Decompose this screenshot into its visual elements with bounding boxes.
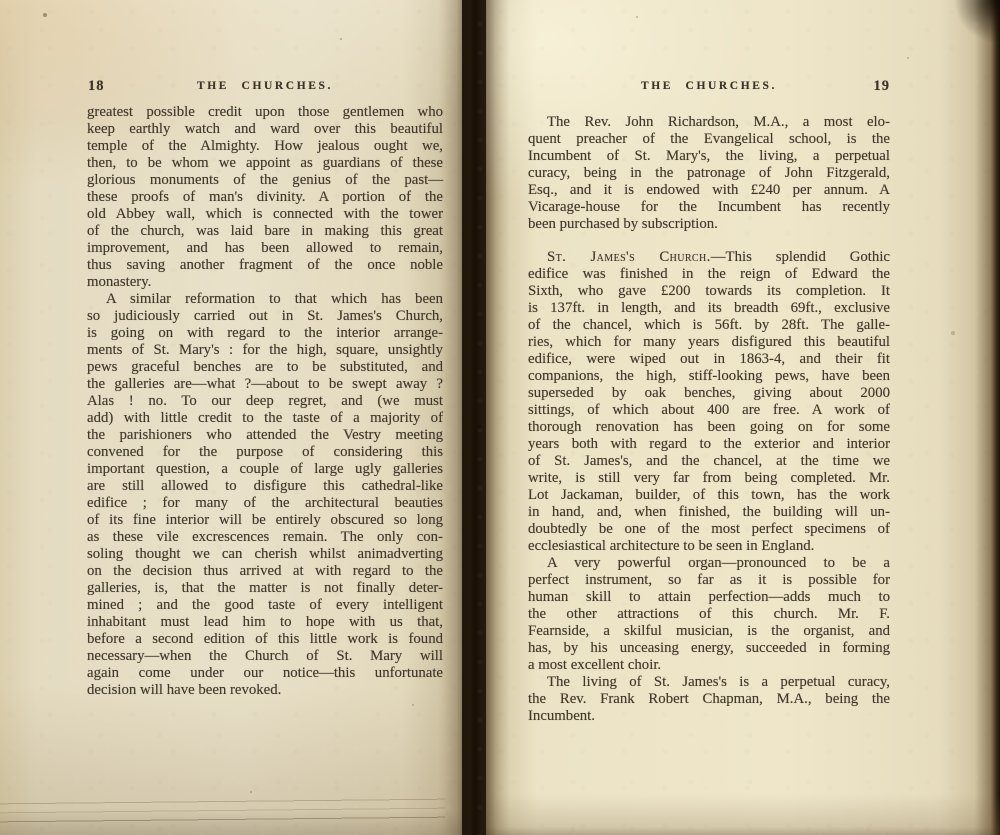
text-line: these proofs of man's divinity. A portio…: [87, 189, 443, 206]
text-line: the parishioners who attended the Vestry…: [87, 427, 443, 444]
text-line: Vicarage-house for the Incumbent has rec…: [528, 199, 890, 216]
text-line: are still allowed to disfigure this cath…: [87, 478, 443, 495]
paragraph: The Rev. John Richardson, M.A., a most e…: [528, 114, 890, 233]
text-line: on the decision thus arrived at with reg…: [87, 563, 443, 580]
text-line: Lot Jackaman, builder, of this town, has…: [528, 487, 890, 504]
text-line: again come under our notice—this unfortu…: [87, 665, 443, 682]
text-line: in hand, and, when finished, the buildin…: [528, 504, 890, 521]
text-line: Fearnside, a skilful musician, is the or…: [528, 623, 890, 640]
text-line: A very powerful organ—pronounced to be a: [528, 555, 890, 572]
running-title-left: THE CHURCHES.: [87, 80, 443, 92]
text-line: thus saving another fragment of the once…: [87, 257, 443, 274]
text-line: temple of the Almighty. How jealous ough…: [87, 138, 443, 155]
text-line: keep earthly watch and ward over this be…: [87, 121, 443, 138]
section-lead-smallcaps: St. James's Church.: [547, 249, 711, 265]
text-line: of St. James's, and the chancel, at the …: [528, 453, 890, 470]
text-line: add) with little credit to the taste of …: [87, 410, 443, 427]
text-line: the other attractions of this church. Mr…: [528, 606, 890, 623]
right-page-text: The Rev. John Richardson, M.A., a most e…: [528, 114, 890, 725]
page-stack-edges: [0, 793, 445, 826]
text-line: as these vile excrescences remain. The o…: [87, 529, 443, 546]
text-line: mined ; and the good taste of every inte…: [87, 597, 443, 614]
text-line: galleries, is, that the matter is not fi…: [87, 580, 443, 597]
paragraph: A similar reformation to that which has …: [87, 291, 443, 699]
text-line: Incumbent.: [528, 708, 890, 725]
text-line: edifice ; for many of the architectural …: [87, 495, 443, 512]
text-line: is 137ft. in length, and its breadth 69f…: [528, 300, 890, 317]
paragraph: A very powerful organ—pronounced to be a…: [528, 555, 890, 674]
text-line: a most excellent choir.: [528, 657, 890, 674]
text-line: perfect instrument, so far as it is poss…: [528, 572, 890, 589]
right-page-header: THE CHURCHES. 19: [486, 78, 1000, 96]
text-line: ries, which for many years disfigured th…: [528, 334, 890, 351]
text-line: glorious monuments of the genius of the …: [87, 172, 443, 189]
text-line: pews graceful benches are to be substitu…: [87, 359, 443, 376]
text-line: Esq., and it is endowed with £240 per an…: [528, 182, 890, 199]
text-line: has, by his unceasing energy, succeeded …: [528, 640, 890, 657]
left-page-text: greatest possible credit upon those gent…: [87, 104, 443, 699]
paragraph: The living of St. James's is a perpetual…: [528, 674, 890, 725]
text-line: old Abbey wall, which is connected with …: [87, 206, 443, 223]
text-line: ecclesiastical architecture to be seen i…: [528, 538, 890, 555]
book-scan: { "book": { "left_page": { "page_number"…: [0, 0, 1000, 835]
text-line: doubtedly be one of the most perfect spe…: [528, 521, 890, 538]
text-line: the Rev. Frank Robert Chapman, M.A., bei…: [528, 691, 890, 708]
text-line: ments of St. Mary's : for the high, squa…: [87, 342, 443, 359]
text-line: convened for the purpose of considering …: [87, 444, 443, 461]
book-gutter-shadow: [438, 0, 510, 835]
text-line: St. James's Church.—This splendid Gothic: [528, 249, 890, 266]
text-line: decision will have been revoked.: [87, 682, 443, 699]
text-line: Alas ! no. To our deep regret, and (we m…: [87, 393, 443, 410]
text-line: The Rev. John Richardson, M.A., a most e…: [528, 114, 890, 131]
text-line: of the church, was laid bare in making t…: [87, 223, 443, 240]
text-line: important question, a couple of large ug…: [87, 461, 443, 478]
text-line: been purchased by subscription.: [528, 216, 890, 233]
page-number-right: 19: [874, 78, 891, 95]
text-line: years both with regard to the exterior a…: [528, 436, 890, 453]
text-line: necessary—when the Church of St. Mary wi…: [87, 648, 443, 665]
text-line: The living of St. James's is a perpetual…: [528, 674, 890, 691]
text-line: so judiciously carried out in St. James'…: [87, 308, 443, 325]
running-title-right: THE CHURCHES.: [528, 80, 890, 92]
text-line: sittings, of which about 400 are free. A…: [528, 402, 890, 419]
text-line: of the chancel, which is 56ft. by 28ft. …: [528, 317, 890, 334]
text-line: superseded by oak benches, giving about …: [528, 385, 890, 402]
text-line: then, to be whom we appoint as guardians…: [87, 155, 443, 172]
text-line: write, is still very far from being comp…: [528, 470, 890, 487]
text-line: quent preacher of the Evangelical school…: [528, 131, 890, 148]
text-line: the galleries are—what ?—about to be swe…: [87, 376, 443, 393]
text-line: human skill to attain perfection—adds mu…: [528, 589, 890, 606]
text-line: before a second edition of this little w…: [87, 631, 443, 648]
text-line: Incumbent of St. Mary's, the living, a p…: [528, 148, 890, 165]
text-line: is going on with regard to the interior …: [87, 325, 443, 342]
text-line: thorough renovation has been going on fo…: [528, 419, 890, 436]
text-line: companions, the high, stiff-looking pews…: [528, 368, 890, 385]
text-line: monastery.: [87, 274, 443, 291]
text-line: edifice, were wiped out in 1863-4, and t…: [528, 351, 890, 368]
text-line: improvement, and has been allowed to rem…: [87, 240, 443, 257]
text-line: edifice was finished in the reign of Edw…: [528, 266, 890, 283]
text-line: of its fine interior will be entirely ob…: [87, 512, 443, 529]
text-line: A similar reformation to that which has …: [87, 291, 443, 308]
text-line: Sixth, who gave £200 towards its complet…: [528, 283, 890, 300]
text-line: soling thought we can cherish whilst ani…: [87, 546, 443, 563]
text-line: curacy, being in the patronage of John F…: [528, 165, 890, 182]
line-text: —This splendid Gothic: [711, 249, 890, 265]
foxing-specks: [0, 0, 2, 2]
paragraph: greatest possible credit upon those gent…: [87, 104, 443, 291]
text-line: greatest possible credit upon those gent…: [87, 104, 443, 121]
paragraph: St. James's Church.—This splendid Gothic…: [528, 249, 890, 555]
text-line: inhabitant must lead him to hope with us…: [87, 614, 443, 631]
left-page-header: 18 THE CHURCHES.: [0, 78, 462, 96]
